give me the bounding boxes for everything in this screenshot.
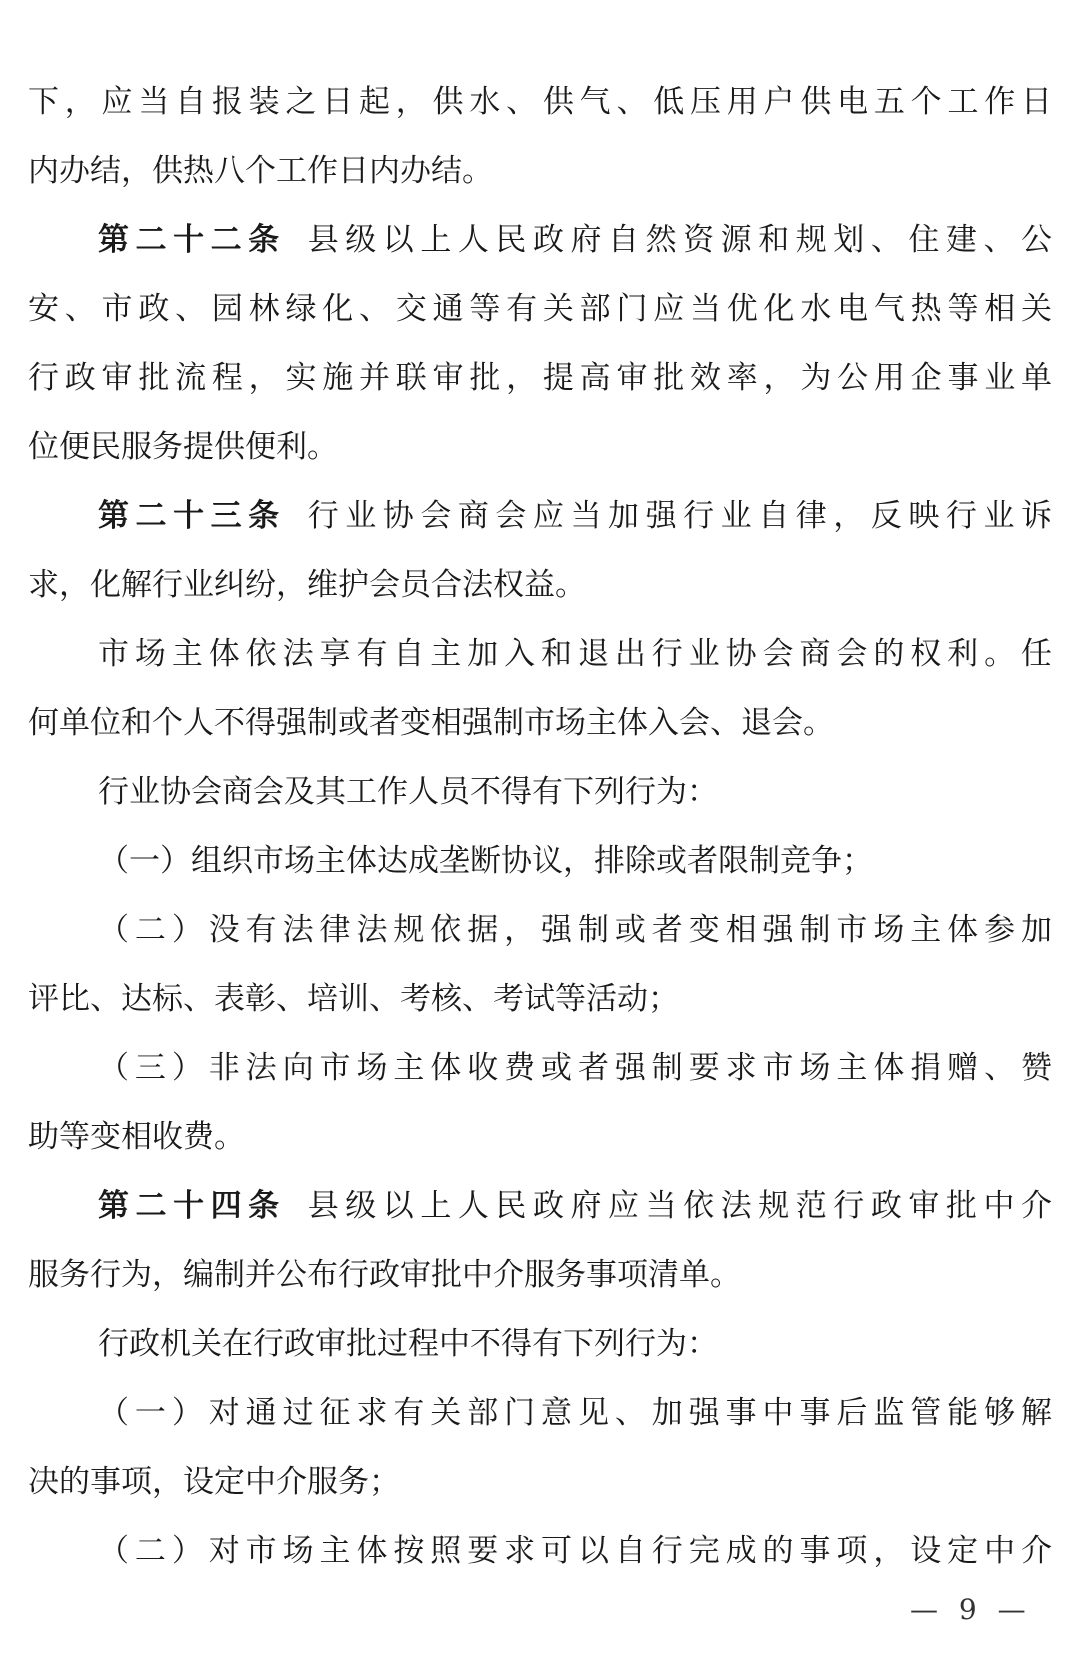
list-item: （二）没有法律法规依据，强制或者变相强制市场主体参加 xyxy=(98,900,1052,960)
text-line: 决的事项，设定中介服务； xyxy=(28,1452,1052,1512)
article-number: 第二十二条 xyxy=(98,222,286,258)
text-line: 行政审批流程，实施并联审批，提高审批效率，为公用企事业单 xyxy=(28,348,1052,408)
text-span: 县级以上人民政府应当依法规范行政审批中介 xyxy=(308,1188,1052,1224)
list-item: （三）非法向市场主体收费或者强制要求市场主体捐赠、赞 xyxy=(98,1038,1052,1098)
text-line: 位便民服务提供便利。 xyxy=(28,417,1052,477)
text-span: 行业协会商会应当加强行业自律，反映行业诉 xyxy=(308,498,1052,534)
list-item: （一）对通过征求有关部门意见、加强事中事后监管能够解 xyxy=(98,1383,1052,1443)
text-line: 下，应当自报装之日起，供水、供气、低压用户供电五个工作日 xyxy=(28,72,1052,132)
text-line: 安、市政、园林绿化、交通等有关部门应当优化水电气热等相关 xyxy=(28,279,1052,339)
text-line: 行业协会商会及其工作人员不得有下列行为： xyxy=(98,762,1052,822)
text-line: 行政机关在行政审批过程中不得有下列行为： xyxy=(98,1314,1052,1374)
document-page: 下，应当自报装之日起，供水、供气、低压用户供电五个工作日 内办结，供热八个工作日… xyxy=(0,0,1080,1655)
article-22-line: 第二十二条县级以上人民政府自然资源和规划、住建、公 xyxy=(98,210,1052,270)
article-number: 第二十三条 xyxy=(98,498,286,534)
text-line: 服务行为，编制并公布行政审批中介服务事项清单。 xyxy=(28,1245,1052,1305)
list-item: （一）组织市场主体达成垄断协议，排除或者限制竞争； xyxy=(98,831,1052,891)
article-23-line: 第二十三条行业协会商会应当加强行业自律，反映行业诉 xyxy=(98,486,1052,546)
text-line: 内办结，供热八个工作日内办结。 xyxy=(28,141,1052,201)
text-span: 县级以上人民政府自然资源和规划、住建、公 xyxy=(308,222,1052,258)
text-line: 市场主体依法享有自主加入和退出行业协会商会的权利。任 xyxy=(98,624,1052,684)
list-item: （二）对市场主体按照要求可以自行完成的事项，设定中介 xyxy=(98,1521,1052,1581)
article-number: 第二十四条 xyxy=(98,1188,286,1224)
text-line: 评比、达标、表彰、培训、考核、考试等活动； xyxy=(28,969,1052,1029)
page-number: — 9 — xyxy=(910,1590,1060,1630)
text-line: 何单位和个人不得强制或者变相强制市场主体入会、退会。 xyxy=(28,693,1052,753)
article-24-line: 第二十四条县级以上人民政府应当依法规范行政审批中介 xyxy=(98,1176,1052,1236)
text-line: 求，化解行业纠纷，维护会员合法权益。 xyxy=(28,555,1052,615)
text-line: 助等变相收费。 xyxy=(28,1107,1052,1167)
